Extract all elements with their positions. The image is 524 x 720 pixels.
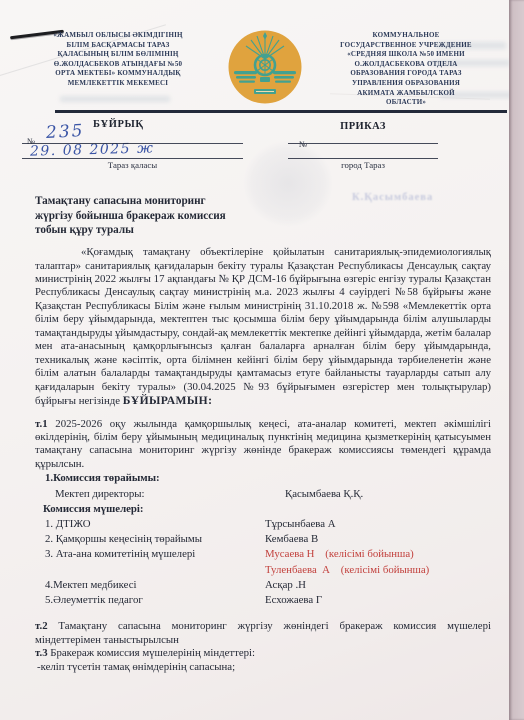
bleed-through-text bbox=[60, 96, 170, 102]
commission-member-row: Туленбаева А (келісімі бойынша) bbox=[35, 563, 491, 578]
issuing-org-kazakh: «ЖАМБЫЛ ОБЛЫСЫ ӘКІМДІГІНІҢ БІЛІМ БАСҚАРМ… bbox=[22, 31, 214, 89]
fill-in-line bbox=[288, 143, 438, 144]
member-name: Туленбаева А (келісімі бойынша) bbox=[265, 563, 429, 578]
commission-member-row: 2. Қамқоршы кеңесінің төрайымы Кембаева … bbox=[35, 532, 491, 547]
point-3-subitem: -келіп түсетін тамақ өнімдерінің сапасын… bbox=[37, 661, 491, 674]
point-3-text: Бракераж комиссия мүшелерінің міндеттері… bbox=[48, 647, 255, 659]
commission-member-row: 5.Әлеуметтік педагог Есхожаева Г bbox=[35, 593, 491, 608]
order-label-kazakh: БҰЙРЫҚ bbox=[93, 119, 144, 130]
member-role bbox=[45, 563, 265, 578]
city-label-kazakh: Тараз қаласы bbox=[22, 160, 243, 170]
member-role: 1. ДТІЖО bbox=[45, 517, 265, 532]
fill-in-line bbox=[22, 143, 243, 144]
point-3-label: т.3 bbox=[35, 647, 48, 659]
handwritten-order-number: 235 bbox=[46, 121, 85, 143]
fill-in-line bbox=[288, 158, 438, 159]
commission-chair-heading: 1.Комиссия төрайымы: bbox=[45, 471, 491, 486]
point-3-paragraph: т.3 Бракераж комиссия мүшелерінің міндет… bbox=[35, 647, 491, 660]
number-sign: № bbox=[299, 139, 307, 149]
member-role: 3. Ата-ана комитетінің мүшелері bbox=[45, 547, 265, 562]
member-name: Кембаева В bbox=[265, 532, 318, 547]
point-1-label: т.1 bbox=[35, 418, 48, 430]
scan-edge bbox=[509, 0, 524, 720]
kazakhstan-coat-of-arms-icon bbox=[227, 29, 303, 105]
document-title: Тамақтану сапасына мониторинг жүргізу бо… bbox=[35, 194, 491, 238]
scanned-order-document: К.Қасымбаева «ЖАМБЫЛ ОБЛЫСЫ ӘКІМДІГІНІҢ … bbox=[0, 0, 524, 720]
commission-member-row: 3. Ата-ана комитетінің мүшелері Мусаева … bbox=[35, 547, 491, 562]
point-2-text: Тамақтану сапасына мониторинг жүргізу жө… bbox=[35, 620, 491, 645]
member-name: Есхожаева Г bbox=[265, 593, 322, 608]
commission-members-heading: Комиссия мүшелері: bbox=[43, 502, 491, 517]
member-role: 4.Мектеп медбикесі bbox=[45, 578, 265, 593]
chair-name: Қасымбаева Қ.Қ. bbox=[285, 487, 363, 502]
point-1-text: 2025-2026 оқу жылында қамқоршылық кеңесі… bbox=[35, 418, 491, 470]
member-name: Мусаева Н (келісімі бойынша) bbox=[265, 547, 414, 562]
document-body: Тамақтану сапасына мониторинг жүргізу бо… bbox=[35, 194, 491, 674]
member-name: Асқар .Н bbox=[265, 578, 306, 593]
point-1-paragraph: т.1 2025-2026 оқу жылында қамқоршылық ке… bbox=[35, 418, 491, 472]
point-2-label: т.2 bbox=[35, 620, 48, 632]
commission-chair-row: Мектеп директоры: Қасымбаева Қ.Қ. bbox=[35, 487, 491, 502]
commission-member-row: 4.Мектеп медбикесі Асқар .Н bbox=[35, 578, 491, 593]
point-2-paragraph: т.2 Тамақтану сапасына мониторинг жүргіз… bbox=[35, 620, 491, 647]
member-role: 5.Әлеуметтік педагог bbox=[45, 593, 265, 608]
decree-word: БҰЙЫРАМЫН: bbox=[123, 394, 213, 407]
letterhead-divider bbox=[55, 110, 507, 113]
city-label-russian: город Тараз bbox=[288, 160, 438, 170]
issuing-org-russian: КОММУНАЛЬНОЕ ГОСУДАРСТВЕННОЕ УЧРЕЖДЕНИЕ … bbox=[303, 31, 509, 108]
fill-in-line bbox=[22, 158, 243, 159]
commission-member-row: 1. ДТІЖО Тұрсынбаева А bbox=[35, 517, 491, 532]
order-label-russian: ПРИКАЗ bbox=[288, 121, 438, 132]
preamble-text: «Қоғамдық тамақтану объектілеріне қойыла… bbox=[35, 246, 491, 407]
commission-members-list: 1. ДТІЖО Тұрсынбаева А 2. Қамқоршы кеңес… bbox=[35, 517, 491, 608]
member-role: 2. Қамқоршы кеңесінің төрайымы bbox=[45, 532, 265, 547]
preamble-paragraph: «Қоғамдық тамақтану объектілеріне қойыла… bbox=[35, 246, 491, 408]
member-name: Тұрсынбаева А bbox=[265, 517, 336, 532]
chair-role: Мектеп директоры: bbox=[55, 487, 285, 502]
